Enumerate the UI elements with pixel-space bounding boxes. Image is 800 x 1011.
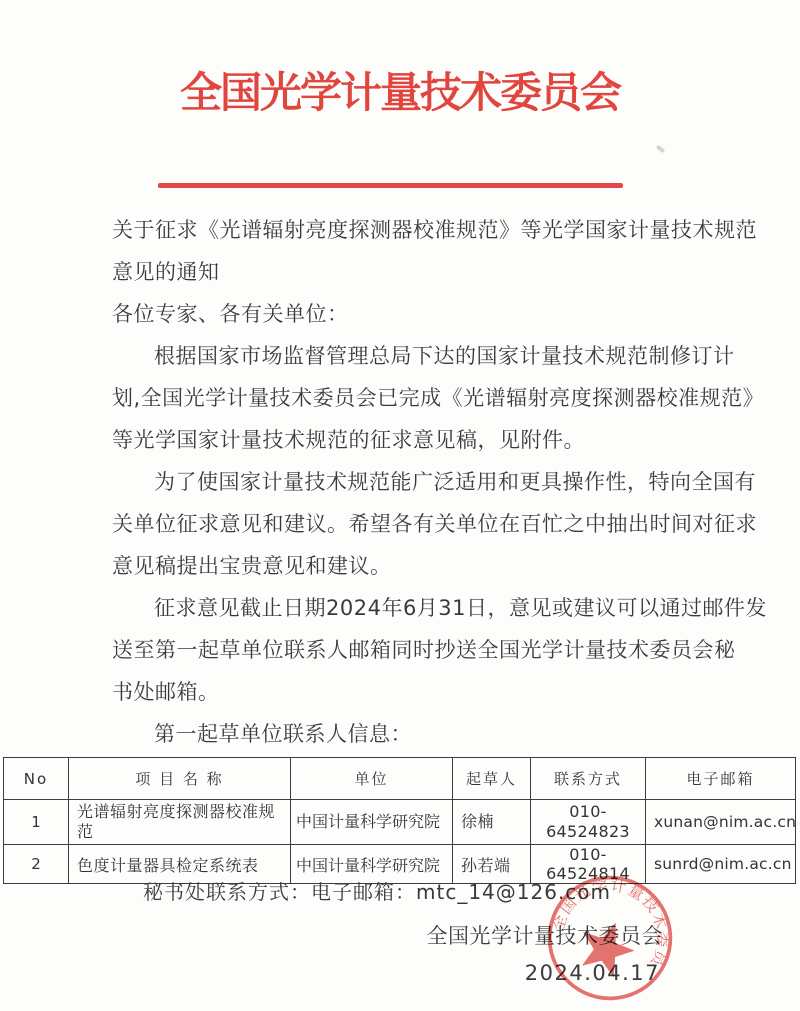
cell-phone: 010-64524823 bbox=[531, 800, 646, 845]
paragraph-line: 书处邮箱。 bbox=[112, 671, 704, 713]
notice-body: 关于征求《光谱辐射亮度探测器校准规范》等光学国家计量技术规范 意见的通知 各位专… bbox=[112, 209, 704, 755]
table-row: 1 光谱辐射亮度探测器校准规范 中国计量科学研究院 徐楠 010-6452482… bbox=[4, 800, 796, 845]
cell-no: 2 bbox=[4, 845, 69, 884]
official-seal-stamp: 全国光学计量技术委员会 bbox=[546, 874, 674, 1002]
paragraph-line: 划,全国光学计量技术委员会已完成《光谱辐射亮度探测器校准规范》 bbox=[112, 377, 704, 419]
seal-star-icon bbox=[572, 913, 642, 981]
cell-project: 光谱辐射亮度探测器校准规范 bbox=[69, 800, 291, 845]
header-cell-phone: 联系方式 bbox=[531, 758, 646, 800]
cell-drafter: 徐楠 bbox=[453, 800, 531, 845]
cell-no: 1 bbox=[4, 800, 69, 845]
paragraph-line: 送至第一起草单位联系人邮箱同时抄送全国光学计量技术委员会秘 bbox=[112, 629, 704, 671]
header-cell-email: 电子邮箱 bbox=[646, 758, 796, 800]
header-cell-unit: 单位 bbox=[291, 758, 453, 800]
cell-unit: 中国计量科学研究院 bbox=[291, 800, 453, 845]
paragraph-line: 意见稿提出宝贵意见和建议。 bbox=[112, 545, 704, 587]
notice-subject-line: 意见的通知 bbox=[112, 251, 704, 293]
cell-email: xunan@nim.ac.cn bbox=[646, 800, 796, 845]
letterhead-divider-rule bbox=[158, 183, 623, 188]
scan-artifact bbox=[656, 145, 666, 154]
salutation-line: 各位专家、各有关单位： bbox=[112, 293, 704, 335]
paragraph-line: 关单位征求意见和建议。希望各有关单位在百忙之中抽出时间对征求 bbox=[112, 503, 704, 545]
secretary-contact-line: 秘书处联系方式：电子邮箱：mtc_14@126.com bbox=[143, 876, 611, 905]
table-header-row: No 项 目 名 称 单位 起草人 联系方式 电子邮箱 bbox=[4, 758, 796, 800]
committee-letterhead-title: 全国光学计量技术委员会 bbox=[0, 60, 800, 120]
drafting-contacts-table: No 项 目 名 称 单位 起草人 联系方式 电子邮箱 1 光谱辐射亮度探测器校… bbox=[3, 757, 796, 884]
paragraph-line: 为了使国家计量技术规范能广泛适用和更具操作性，特向全国有 bbox=[112, 461, 704, 503]
document-page: 全国光学计量技术委员会 关于征求《光谱辐射亮度探测器校准规范》等光学国家计量技术… bbox=[0, 0, 800, 1011]
header-cell-drafter: 起草人 bbox=[453, 758, 531, 800]
header-cell-project: 项 目 名 称 bbox=[69, 758, 291, 800]
notice-subject-line: 关于征求《光谱辐射亮度探测器校准规范》等光学国家计量技术规范 bbox=[112, 209, 704, 251]
header-cell-no: No bbox=[4, 758, 69, 800]
paragraph-line: 征求意见截止日期2024年6月31日，意见或建议可以通过邮件发 bbox=[112, 587, 704, 629]
paragraph-line: 根据国家市场监督管理总局下达的国家计量技术规范制修订计 bbox=[112, 335, 704, 377]
paragraph-line: 等光学国家计量技术规范的征求意见稿，见附件。 bbox=[112, 419, 704, 461]
contact-info-lead-line: 第一起草单位联系人信息： bbox=[112, 713, 704, 755]
